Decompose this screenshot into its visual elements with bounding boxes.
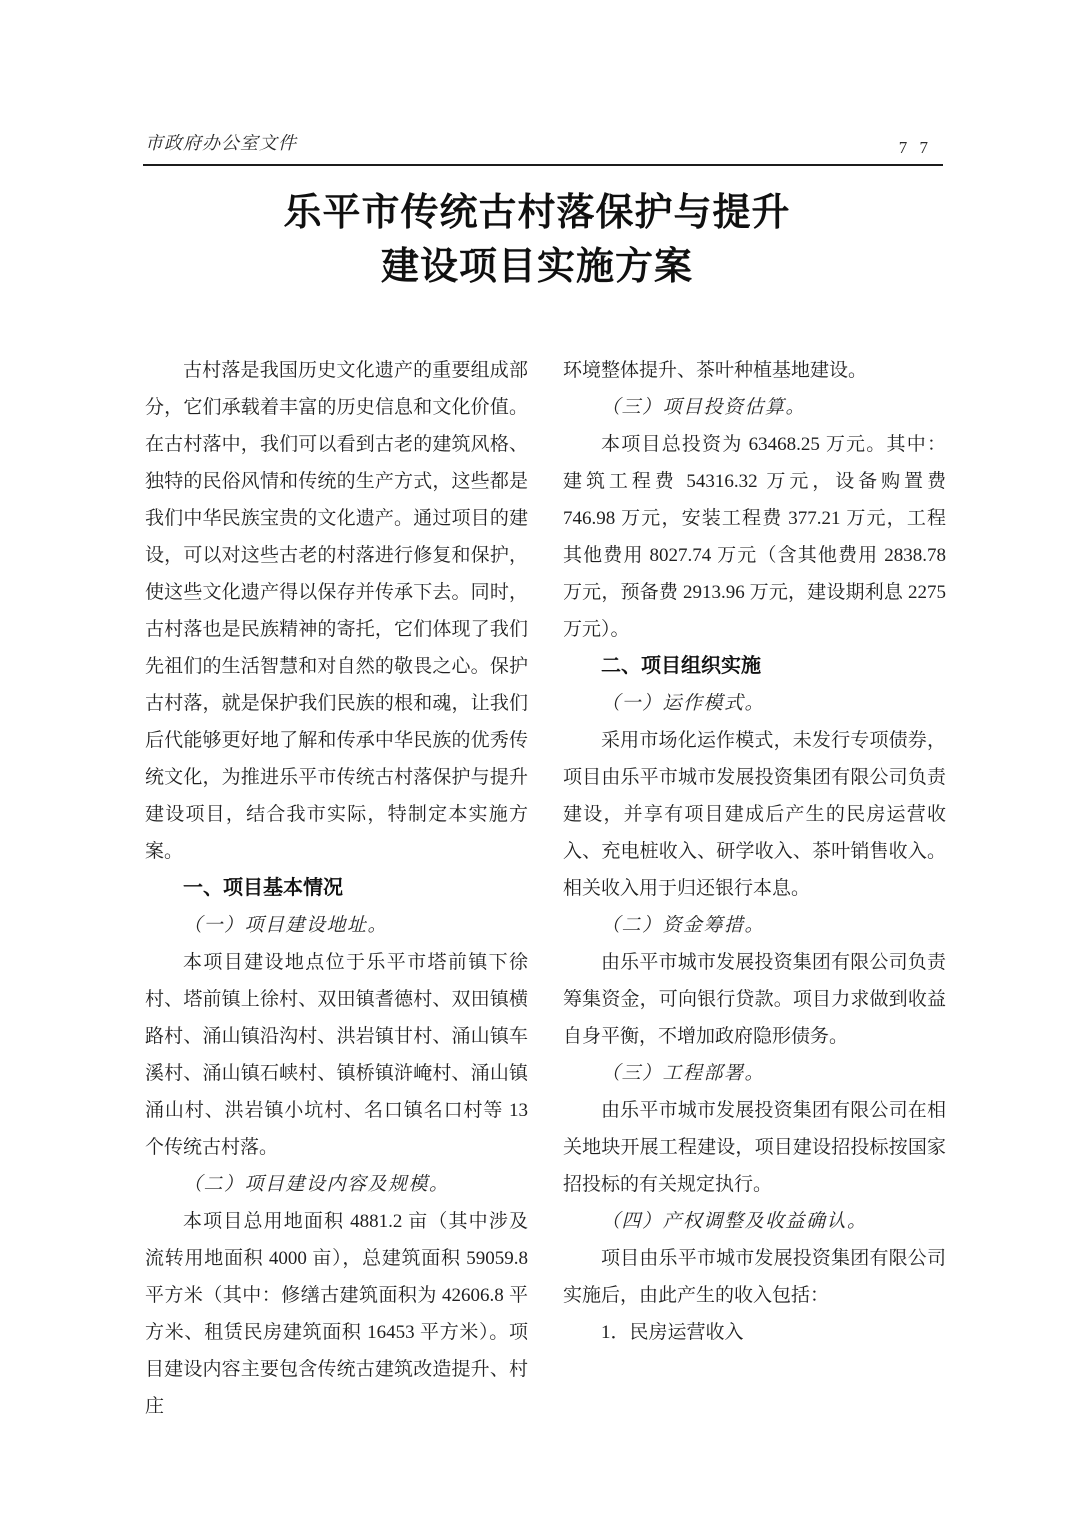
subheading-1-3: （三）项目投资估算。: [563, 389, 946, 426]
heading-section-2: 二、项目组织实施: [563, 648, 946, 685]
paragraph-build-location: 本项目建设地点位于乐平市塔前镇下徐村、塔前镇上徐村、双田镇耆德村、双田镇横路村、…: [145, 944, 528, 1166]
heading-section-1: 一、项目基本情况: [145, 870, 528, 907]
subheading-2-2: （二）资金筹措。: [563, 907, 946, 944]
header-rule: [143, 164, 943, 166]
right-column: 环境整体提升、茶叶种植基地建设。 （三）项目投资估算。 本项目总投资为 6346…: [563, 352, 946, 1351]
document-page: 市政府办公室文件 7 7 乐平市传统古村落保护与提升 建设项目实施方案 古村落是…: [0, 0, 1074, 1520]
title-line-2: 建设项目实施方案: [0, 240, 1074, 294]
subheading-1-2: （二）项目建设内容及规模。: [145, 1166, 528, 1203]
paragraph-build-scale: 本项目总用地面积 4881.2 亩（其中涉及流转用地面积 4000 亩），总建筑…: [145, 1203, 528, 1425]
subheading-2-1: （一）运作模式。: [563, 685, 946, 722]
paragraph-fundraising: 由乐平市城市发展投资集团有限公司负责筹集资金，可向银行贷款。项目力求做到收益自身…: [563, 944, 946, 1055]
paragraph-operation-model: 采用市场化运作模式，未发行专项债券，项目由乐平市城市发展投资集团有限公司负责建设…: [563, 722, 946, 907]
header-doc-type: 市政府办公室文件: [145, 129, 297, 155]
subheading-1-1: （一）项目建设地址。: [145, 907, 528, 944]
list-item-income-1: 1．民房运营收入: [563, 1314, 946, 1351]
paragraph-investment: 本项目总投资为 63468.25 万元。其中：建筑工程费 54316.32 万元…: [563, 426, 946, 648]
paragraph-intro: 古村落是我国历史文化遗产的重要组成部分，它们承载着丰富的历史信息和文化价值。在古…: [145, 352, 528, 870]
left-column: 古村落是我国历史文化遗产的重要组成部分，它们承载着丰富的历史信息和文化价值。在古…: [145, 352, 528, 1425]
document-title: 乐平市传统古村落保护与提升 建设项目实施方案: [0, 186, 1074, 294]
paragraph-scale-continued: 环境整体提升、茶叶种植基地建设。: [563, 352, 946, 389]
paragraph-income-intro: 项目由乐平市城市发展投资集团有限公司实施后，由此产生的收入包括：: [563, 1240, 946, 1314]
page-number: 7 7: [899, 138, 932, 158]
subheading-2-4: （四）产权调整及收益确认。: [563, 1203, 946, 1240]
subheading-2-3: （三）工程部署。: [563, 1055, 946, 1092]
paragraph-deployment: 由乐平市城市发展投资集团有限公司在相关地块开展工程建设，项目建设招投标按国家招投…: [563, 1092, 946, 1203]
title-line-1: 乐平市传统古村落保护与提升: [0, 186, 1074, 240]
